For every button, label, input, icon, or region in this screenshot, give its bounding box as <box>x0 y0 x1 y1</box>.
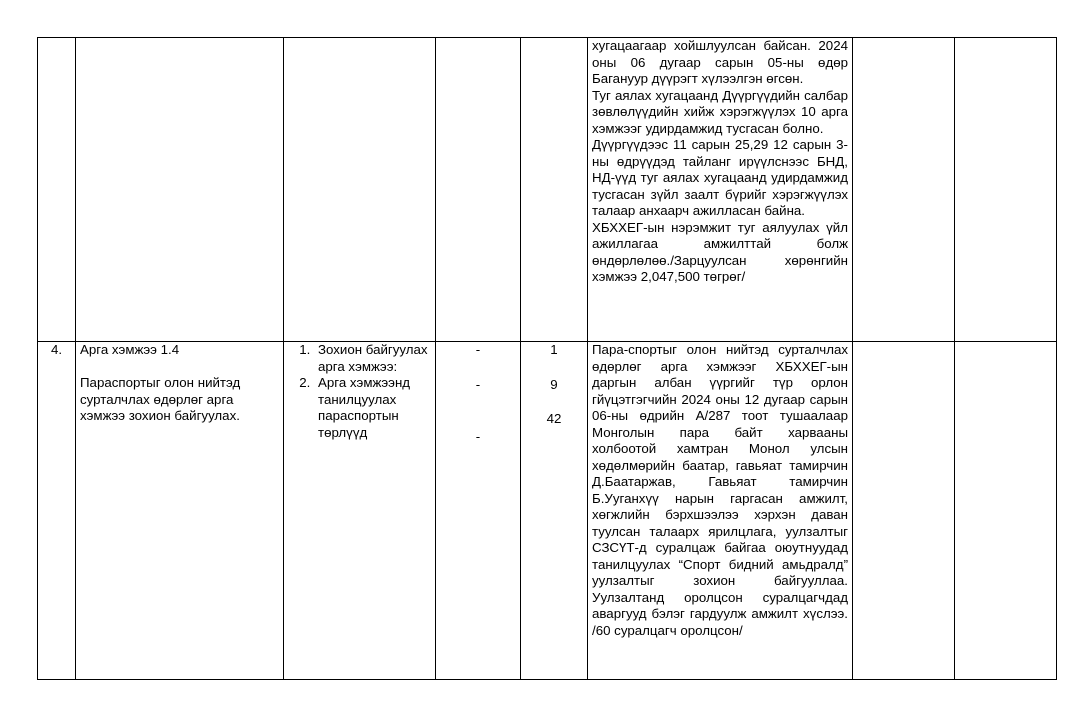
progress-cell: Пара-спортыг олон нийтэд сурталчлах өдөр… <box>588 342 853 680</box>
method-item: Зохион байгуулах арга хэмжээ: <box>314 342 431 375</box>
target-value: 9 <box>525 377 583 394</box>
table-row: 4. Арга хэмжээ 1.4 Параспортыг олон нийт… <box>38 342 1057 680</box>
activity-cell: Арга хэмжээ 1.4 Параспортыг олон нийтэд … <box>76 342 284 680</box>
notes-cell <box>955 342 1057 680</box>
target-value: 42 <box>525 411 583 428</box>
activity-title: Арга хэмжээ 1.4 <box>80 342 279 359</box>
activity-description: Параспортыг олон нийтэд сурталчлах өдөрл… <box>80 375 279 425</box>
baseline-value: - <box>440 429 516 446</box>
evaluation-cell <box>853 38 955 342</box>
methods-cell <box>284 38 436 342</box>
row-number-cell <box>38 38 76 342</box>
progress-paragraph: Пара-спортыг олон нийтэд сурталчлах өдөр… <box>592 342 848 639</box>
target-value: 1 <box>525 342 583 359</box>
target-cell <box>521 38 588 342</box>
baseline-cell: - - - <box>436 342 521 680</box>
progress-paragraph: Дүүргүүдээс 11 сарын 25,29 12 сарын 3-ны… <box>592 137 848 220</box>
report-table: хугацаагаар хойшлуулсан байсан. 2024 оны… <box>37 37 1057 680</box>
methods-list: Зохион байгуулах арга хэмжээ: Арга хэмжэ… <box>288 342 431 441</box>
table-row: хугацаагаар хойшлуулсан байсан. 2024 оны… <box>38 38 1057 342</box>
row-number-cell: 4. <box>38 342 76 680</box>
baseline-value: - <box>440 377 516 394</box>
method-item: Арга хэмжээнд танилцуулах параспортын тө… <box>314 375 431 441</box>
baseline-cell <box>436 38 521 342</box>
activity-cell <box>76 38 284 342</box>
baseline-value: - <box>440 342 516 359</box>
progress-paragraph: Туг аялах хугацаанд Дүүргүүдийн салбар з… <box>592 88 848 138</box>
evaluation-cell <box>853 342 955 680</box>
progress-cell: хугацаагаар хойшлуулсан байсан. 2024 оны… <box>588 38 853 342</box>
notes-cell <box>955 38 1057 342</box>
progress-paragraph: ХБХХЕГ-ын нэрэмжит туг аялуулах үйл ажил… <box>592 220 848 286</box>
methods-cell: Зохион байгуулах арга хэмжээ: Арга хэмжэ… <box>284 342 436 680</box>
target-cell: 1 9 42 <box>521 342 588 680</box>
progress-paragraph: хугацаагаар хойшлуулсан байсан. 2024 оны… <box>592 38 848 88</box>
